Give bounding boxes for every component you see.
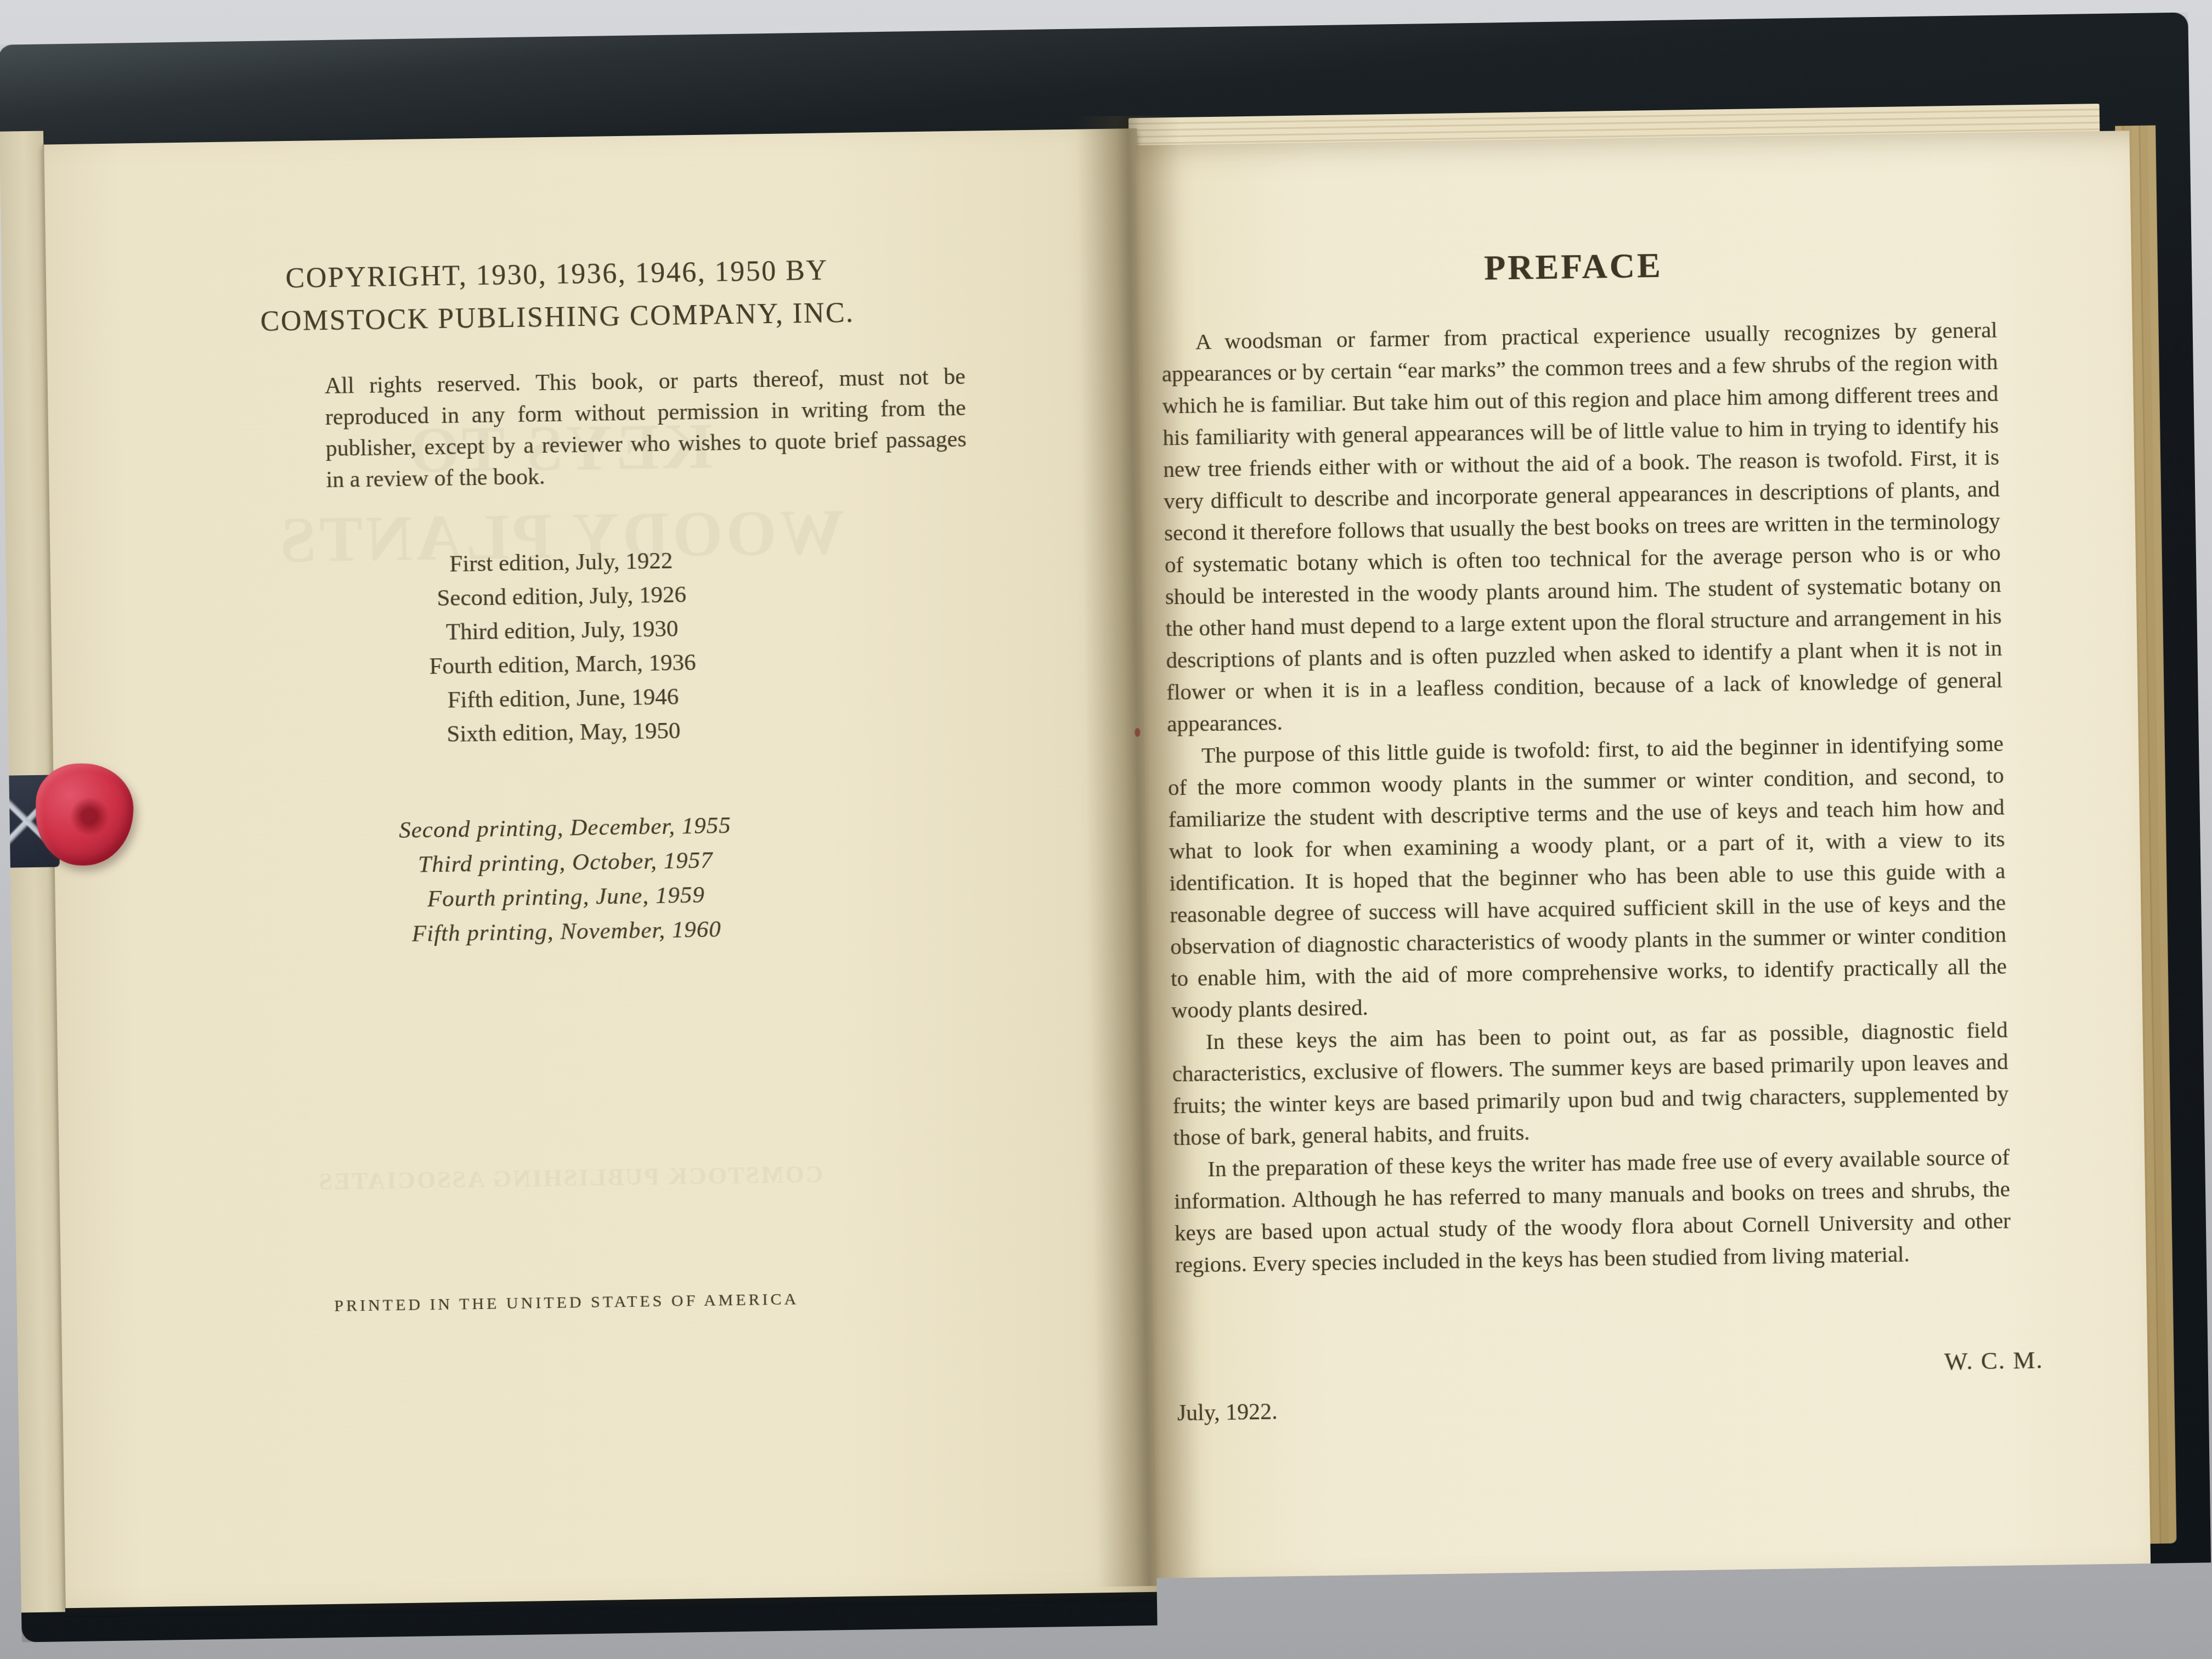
copyright-notice: COPYRIGHT, 1930, 1936, 1946, 1950 BY COM… <box>46 246 1068 347</box>
preface-paragraph: In the preparation of these keys the wri… <box>1173 1141 2011 1281</box>
preface-body: A woodsman or farmer from practical expe… <box>1161 314 2011 1280</box>
preface-signature: W. C. M. <box>1944 1346 2044 1376</box>
preface-paragraph: The purpose of this little guide is twof… <box>1167 727 2008 1026</box>
photo-background: { "photo": { "colors": { "background": "… <box>0 0 2212 1659</box>
preface-paragraph: In these keys the aim has been to point … <box>1171 1014 2009 1154</box>
right-page: PREFACE A woodsman or farmer from practi… <box>1136 131 2151 1579</box>
printing-list: Second printing, December, 1955 Third pr… <box>54 803 1078 957</box>
edition-list: First edition, July, 1922 Second edition… <box>50 538 1074 758</box>
red-ink-speck <box>1135 728 1140 737</box>
preface-title: PREFACE <box>1137 240 2010 294</box>
show-through-imprint: COMSTOCK PUBLISHING ASSOCIATES <box>59 1156 1081 1200</box>
preface-paragraph: A woodsman or farmer from practical expe… <box>1161 314 2003 740</box>
book: KEYS TO WOODY PLANTS COMSTOCK PUBLISHING… <box>0 13 2211 1643</box>
rights-paragraph: All rights reserved. This book, or parts… <box>325 362 967 496</box>
printed-in-notice: PRINTED IN THE UNITED STATES OF AMERICA <box>61 1286 1072 1319</box>
preface-date: July, 1922. <box>1177 1398 1278 1426</box>
left-page: KEYS TO WOODY PLANTS COMSTOCK PUBLISHING… <box>42 128 1158 1608</box>
